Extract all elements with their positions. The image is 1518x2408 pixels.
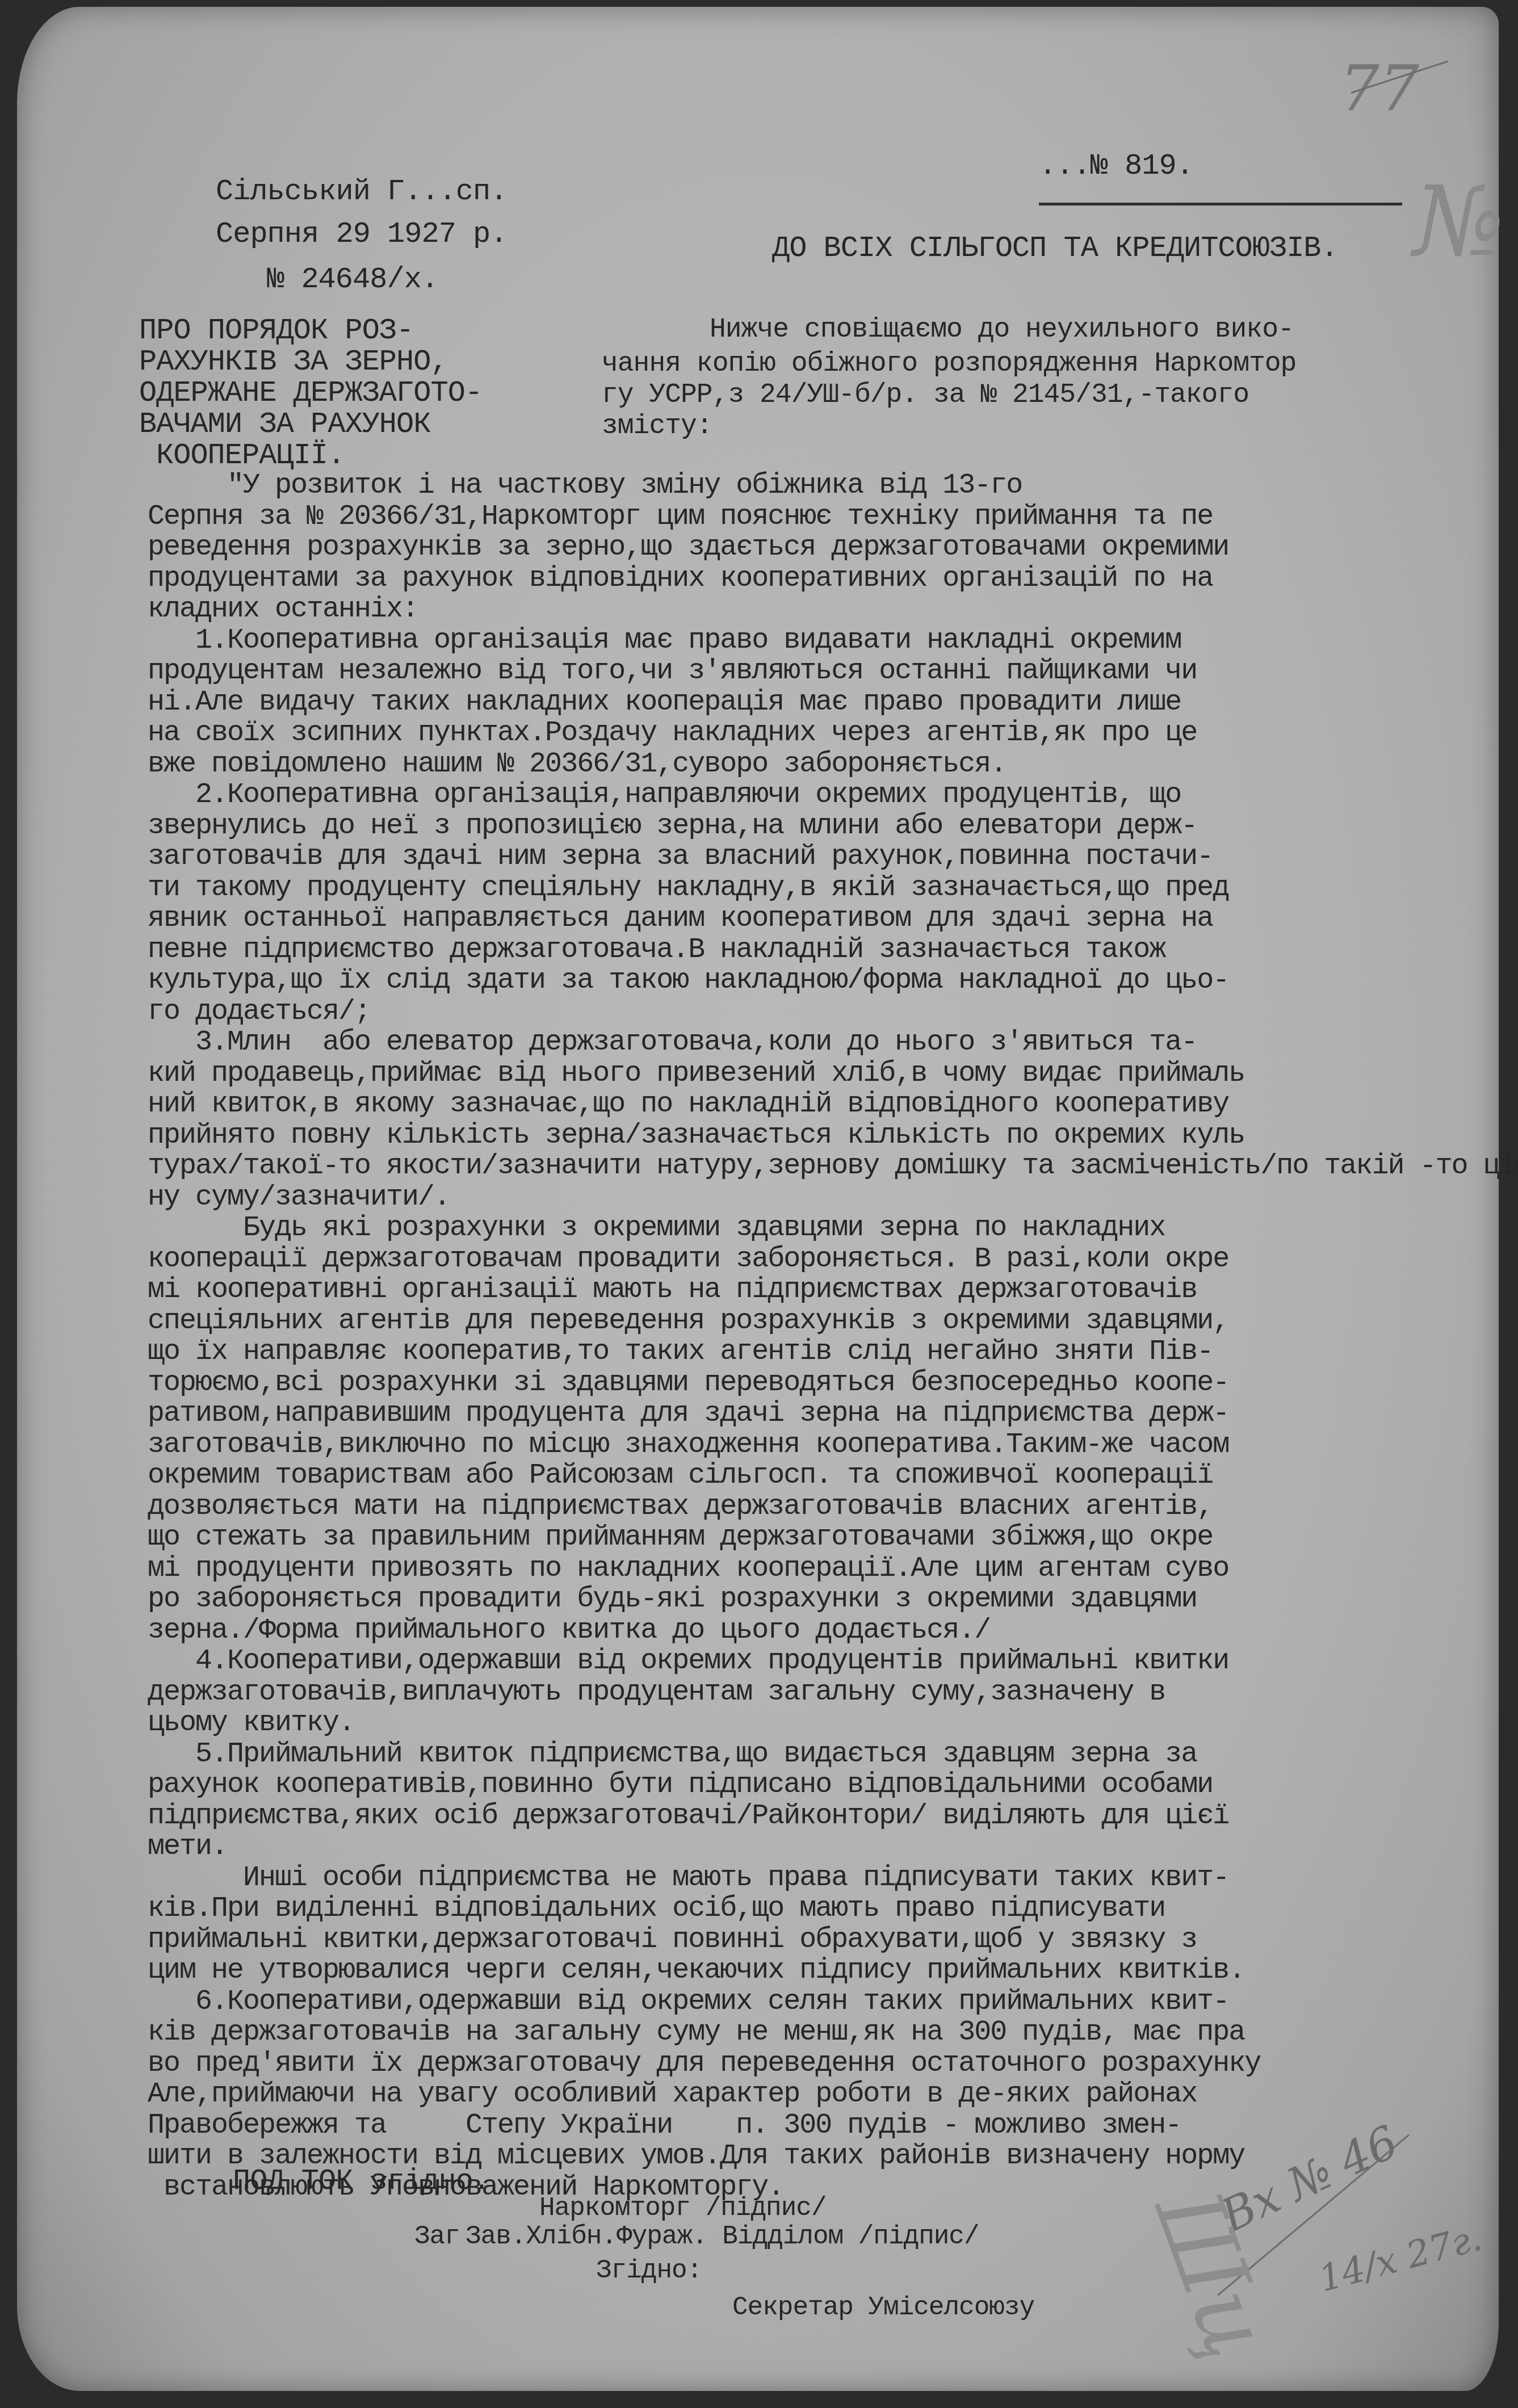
body-line: мі кооперативні організації мають на під… bbox=[148, 1274, 1197, 1306]
body-line: 6.Кооперативи,одержавши від окремих селя… bbox=[148, 1986, 1228, 2018]
body-line: 3.Млин або елеватор держзаготовача,коли … bbox=[148, 1026, 1197, 1059]
body-line: Будь які розрахунки з окремими здавцями … bbox=[148, 1212, 1165, 1244]
body-line: мети. bbox=[148, 1831, 227, 1863]
body-line: 1.Кооперативна організація має право вид… bbox=[148, 624, 1181, 657]
body-line: ків.При виділенні відповідальних осіб,що… bbox=[148, 1893, 1165, 1925]
document-sheet: 77 № Сільський Г...сп. Серпня 29 1927 р.… bbox=[17, 7, 1499, 2391]
body-line: продуцентам незалежно від того,чи з'явля… bbox=[148, 655, 1197, 687]
circular-number: ...№ 819. bbox=[1039, 152, 1193, 181]
body-line: торюємо,всі розрахунки зі здавцями перев… bbox=[148, 1367, 1228, 1399]
body-line: спеціяльних агентів для переведення розр… bbox=[148, 1305, 1228, 1337]
body-line: дозволяється мати на підприємствах держз… bbox=[148, 1491, 1213, 1523]
addressee: ДО ВСІХ СІЛЬГОСП ТА КРЕДИТСОЮЗІВ. bbox=[772, 234, 1338, 263]
body-line: во пред'явити їх держзаготовачу для пере… bbox=[148, 2048, 1260, 2080]
intro-line-1: Нижче сповіщаємо до неухильного вико- bbox=[710, 316, 1294, 343]
body-line: Инші особи підприємства не мають права п… bbox=[148, 1862, 1228, 1894]
body-line: ків держзаготовачів на загальну суму не … bbox=[148, 2016, 1244, 2049]
body-line: заготовачів для здачі ним зерна за власн… bbox=[148, 841, 1213, 873]
body-line: кладних останніх: bbox=[148, 593, 418, 626]
signature-narkomtorg: Наркомторг /підпис/ bbox=[539, 2195, 827, 2221]
body-line: культура,що їх слід здати за такою накла… bbox=[148, 964, 1228, 997]
body-line: мі продуценти привозять по накладних коо… bbox=[148, 1553, 1228, 1585]
body-line: зерна./Форма приймального квитка до цьог… bbox=[148, 1614, 990, 1647]
signature-agreed: Згідно: bbox=[596, 2258, 702, 2284]
copy-mark: ПОД ТОК згідно. bbox=[233, 2167, 490, 2196]
handwritten-date: 14/х 27г. bbox=[1314, 2217, 1486, 2300]
body-line: цьому квитку. bbox=[148, 1707, 354, 1739]
signature-dept-head: Зав.Хлібн.Фураж. Відділом /підпис/ bbox=[466, 2224, 979, 2250]
subject-line-3: ОДЕРЖАНЕ ДЕРЖЗАГОТО- bbox=[139, 379, 482, 408]
body-line: 4.Кооперативи,одержавши від окремих прод… bbox=[148, 1645, 1228, 1677]
body-line: реведення розрахунків за зерно,що здаєть… bbox=[148, 531, 1228, 564]
document-date: Серпня 29 1927 р. bbox=[216, 220, 508, 249]
body-line: заготовачів,виключно по місцю знаходженн… bbox=[148, 1429, 1228, 1461]
body-line: ративом,направившим продуцента для здачі… bbox=[148, 1398, 1228, 1430]
body-line: Серпня за № 20366/31,Наркомторг цим пояс… bbox=[148, 501, 1213, 533]
signature-secretary: Секретар Уміселсоюзу bbox=[732, 2294, 1034, 2321]
body-line: 2.Кооперативна організація,направляючи о… bbox=[148, 779, 1181, 811]
subject-line-4: ВАЧАМИ ЗА РАХУНОК bbox=[139, 410, 431, 439]
body-line: прийнято повну кількість зерна/зазначаєт… bbox=[148, 1119, 1244, 1152]
body-line: ний квиток,в якому зазначає,що по наклад… bbox=[148, 1088, 1228, 1121]
subject-line-1: ПРО ПОРЯДОК РОЗ- bbox=[139, 316, 413, 346]
body-line: кооперації держзаготовачам провадити заб… bbox=[148, 1243, 1228, 1276]
body-line: підприємства,яких осіб держзаготовачі/Ра… bbox=[148, 1800, 1228, 1832]
body-line: окремим товариствам або Райсоюзам сільго… bbox=[148, 1459, 1213, 1492]
body-line: "У розвиток і на часткову зміну обіжника… bbox=[148, 469, 1022, 502]
body-line: турах/такої-то якости/зазначити натуру,з… bbox=[148, 1150, 1518, 1182]
body-line: що їх направляє кооператив,то таких аген… bbox=[148, 1336, 1213, 1368]
body-line: рахунок кооперативів,повинно бути підпис… bbox=[148, 1769, 1213, 1801]
body-line: приймальні квитки,держзаготовачі повинні… bbox=[148, 1924, 1197, 1956]
body-line: певне підприємство держзаготовача.В накл… bbox=[148, 934, 1165, 966]
body-line: го додається/; bbox=[148, 996, 370, 1028]
handwritten-page-number: 77 bbox=[1340, 52, 1419, 125]
body-line: кий продавець,приймає від нього привезен… bbox=[148, 1058, 1244, 1090]
subject-line-5: КООПЕРАЦІЇ. bbox=[156, 441, 345, 471]
body-line: звернулись до неї з пропозицією зерна,на… bbox=[148, 810, 1197, 842]
intro-line-3: гу УСРР,з 24/УШ-б/р. за № 2145/31,-таког… bbox=[602, 381, 1249, 409]
body-line: ні.Але видачу таких накладних кооперація… bbox=[148, 686, 1181, 719]
body-line: держзаготовачів,виплачують продуцентам з… bbox=[148, 1676, 1165, 1709]
header-rule bbox=[1039, 203, 1402, 205]
intro-line-4: змісту: bbox=[602, 413, 712, 440]
body-line: що стежать за правильним прийманням держ… bbox=[148, 1521, 1213, 1554]
body-line: продуцентами за рахунок відповідних кооп… bbox=[148, 563, 1213, 595]
body-line: ти такому продуценту спеціяльну накладну… bbox=[148, 872, 1228, 904]
intro-line-2: чання копію обіжного розпорядження Нарко… bbox=[602, 350, 1296, 377]
body-line: ну суму/зазначити/. bbox=[148, 1181, 450, 1214]
body-line: Правобережжя та Степу України п. 300 пуд… bbox=[148, 2109, 1181, 2142]
body-line: вже повідомлено нашим № 20366/31,суворо … bbox=[148, 748, 1006, 781]
subject-line-2: РАХУНКІВ ЗА ЗЕРНО, bbox=[139, 347, 448, 377]
body-line: на своїх зсипних пунктах.Роздачу накладн… bbox=[148, 717, 1197, 749]
zag-stamp: Заг bbox=[414, 2224, 460, 2250]
sender-name: Сільський Г...сп. bbox=[216, 177, 508, 207]
body-line: явник останньої направляється даним кооп… bbox=[148, 903, 1213, 935]
outgoing-number: № 24648/х. bbox=[267, 265, 438, 295]
body-line: ро забороняється провадити будь-які розр… bbox=[148, 1583, 1197, 1616]
handwritten-top-right-mark: № bbox=[1414, 166, 1505, 278]
body-line: Але,приймаючи на увагу особливий характе… bbox=[148, 2078, 1197, 2111]
body-line: 5.Приймальний квиток підприємства,що вид… bbox=[148, 1738, 1197, 1771]
body-line: цим не утворювалися черги селян,чекаючих… bbox=[148, 1954, 1244, 1987]
